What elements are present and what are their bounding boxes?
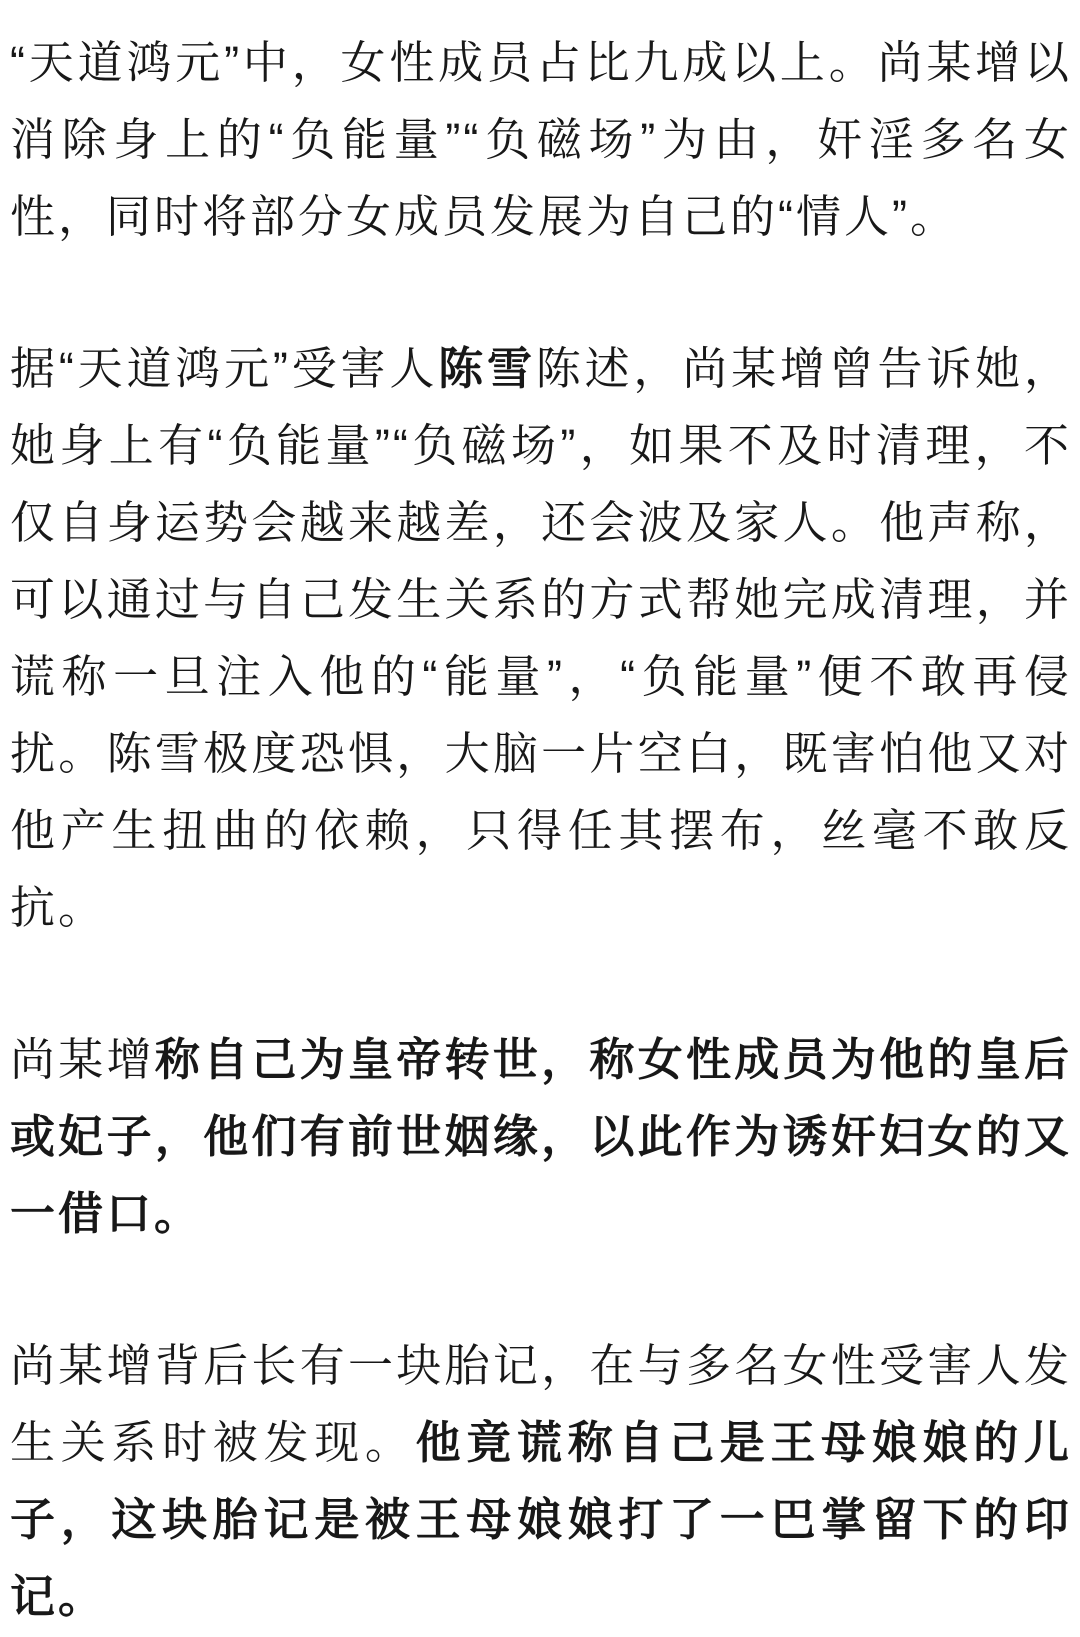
paragraph-victim-account: 据“天道鸿元”受害人陈雪陈述，尚某增曾告诉她，她身上有“负能量”“负磁场”，如果… — [10, 330, 1072, 946]
paragraph-intro: “天道鸿元”中，女性成员占比九成以上。尚某增以消除身上的“负能量”“负磁场”为由… — [10, 24, 1072, 255]
article-body: “天道鸿元”中，女性成员占比九成以上。尚某增以消除身上的“负能量”“负磁场”为由… — [0, 0, 1080, 1635]
text-segment: 据“天道鸿元”受害人 — [10, 343, 438, 394]
text-segment: 陈述，尚某增曾告诉她，她身上有“负能量”“负磁场”，如果不及时清理，不仅自身运势… — [10, 343, 1072, 933]
paragraph-emperor-claim: 尚某增称自己为皇帝转世，称女性成员为他的皇后或妃子，他们有前世姻缘，以此作为诱奸… — [10, 1021, 1072, 1252]
text-segment: “天道鸿元”中，女性成员占比九成以上。尚某增以消除身上的“负能量”“负磁场”为由… — [10, 37, 1072, 242]
paragraph-birthmark: 尚某增背后长有一块胎记，在与多名女性受害人发生关系时被发现。他竟谎称自己是王母娘… — [10, 1327, 1072, 1635]
text-segment-bold: 陈雪 — [438, 343, 536, 394]
text-segment-bold: 称自己为皇帝转世，称女性成员为他的皇后或妃子，他们有前世姻缘，以此作为诱奸妇女的… — [10, 1034, 1072, 1239]
text-segment: 尚某增 — [10, 1034, 155, 1085]
